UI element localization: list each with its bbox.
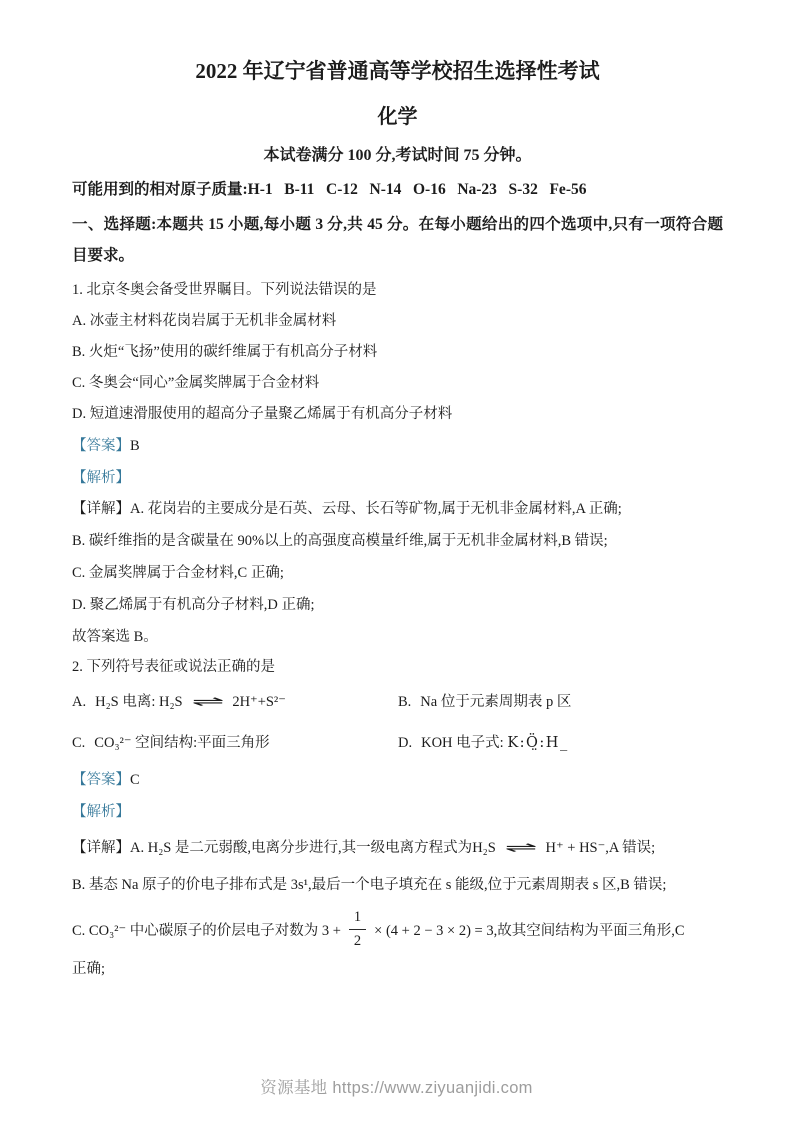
q2-answer-value: C bbox=[130, 772, 140, 788]
equilibrium-arrow: ⇌ bbox=[504, 836, 537, 860]
q1-option-d: D. 短道速滑服使用的超高分子量聚乙烯属于有机高分子材料 bbox=[72, 404, 723, 424]
q2-option-a-lhs: H₂S bbox=[159, 694, 183, 710]
fraction-numerator: 1 bbox=[349, 908, 366, 930]
detail-label: 【详解】 bbox=[72, 501, 130, 517]
q2-detail-a-lhs: H₂S bbox=[472, 840, 496, 856]
section-instruction: 一、选择题:本题共 15 小题,每小题 3 分,共 45 分。在每小题给出的四个… bbox=[72, 209, 723, 271]
answer-label: 【答案】 bbox=[72, 438, 130, 454]
analysis-label: 【解析】 bbox=[72, 804, 130, 820]
q2-detail-a-rhs: H⁺ + HS⁻ bbox=[546, 840, 606, 856]
q2-detail-a: 【详解】A. H₂S 是二元弱酸,电离分步进行,其一级电离方程式为H₂S⇌H⁺ … bbox=[72, 836, 723, 860]
exam-page: 2022 年辽宁省普通高等学校招生选择性考试 化学 本试卷满分 100 分,考试… bbox=[0, 0, 793, 979]
q2-option-c-label: C. bbox=[72, 735, 85, 751]
q1-option-c: C. 冬奥会“同心”金属奖牌属于合金材料 bbox=[72, 373, 723, 393]
q1-answer-row: 【答案】B bbox=[72, 436, 723, 456]
q2-option-c: C.CO₃²⁻ 空间结构:平面三角形 bbox=[72, 730, 398, 756]
atomic-masses-line: 可能用到的相对原子质量:H-1 B-11 C-12 N-14 O-16 Na-2… bbox=[72, 179, 723, 200]
q1-detail-a-text: A. 花岗岩的主要成分是石英、云母、长石等矿物,属于无机非金属材料,A 正确; bbox=[130, 501, 622, 517]
page-title: 2022 年辽宁省普通高等学校招生选择性考试 bbox=[72, 58, 723, 85]
q2-option-d-pre: KOH 电子式: bbox=[421, 735, 504, 751]
q2-option-a-label: A. bbox=[72, 694, 86, 710]
q2-option-b-text: Na 位于元素周期表 p 区 bbox=[420, 694, 571, 710]
analysis-label: 【解析】 bbox=[72, 470, 130, 486]
koh-electron-formula: K:Ö̤:H_ bbox=[507, 735, 568, 751]
q2-detail-c-post: × (4 + 2 − 3 × 2) = 3,故其空间结构为平面三角形,C bbox=[374, 919, 684, 940]
exam-info: 本试卷满分 100 分,考试时间 75 分钟。 bbox=[72, 145, 723, 166]
q2-stem: 2. 下列符号表征或说法正确的是 bbox=[72, 657, 723, 677]
q2-detail-c-continuation: 正确; bbox=[72, 959, 723, 979]
q1-answer-value: B bbox=[130, 438, 140, 454]
q2-analysis-row: 【解析】 bbox=[72, 802, 723, 822]
equilibrium-arrow: ⇌ bbox=[191, 689, 224, 715]
q1-option-b: B. 火炬“飞扬”使用的碳纤维属于有机高分子材料 bbox=[72, 342, 723, 362]
footer-watermark: 资源基地 https://www.ziyuanjidi.com bbox=[0, 1074, 793, 1098]
q2-option-a-pre: H₂S 电离: bbox=[95, 694, 155, 710]
q2-option-b: B.Na 位于元素周期表 p 区 bbox=[398, 689, 723, 715]
fraction-denominator: 2 bbox=[354, 930, 361, 951]
q2-detail-b: B. 基态 Na 原子的价电子排布式是 3s¹,最后一个电子填充在 s 能级,位… bbox=[72, 874, 723, 896]
subject-title: 化学 bbox=[72, 104, 723, 130]
q2-options-row-2: C.CO₃²⁻ 空间结构:平面三角形 D.KOH 电子式: K:Ö̤:H_ bbox=[72, 730, 723, 756]
q2-option-b-label: B. bbox=[398, 694, 411, 710]
fraction-one-half: 12 bbox=[349, 908, 366, 951]
detail-label: 【详解】 bbox=[72, 840, 130, 856]
q2-options-row-1: A.H₂S 电离: H₂S⇌2H⁺+S²⁻ B.Na 位于元素周期表 p 区 bbox=[72, 689, 723, 715]
q1-conclusion: 故答案选 B。 bbox=[72, 627, 723, 648]
q1-detail-a: 【详解】A. 花岗岩的主要成分是石英、云母、长石等矿物,属于无机非金属材料,A … bbox=[72, 499, 723, 520]
q2-option-d: D.KOH 电子式: K:Ö̤:H_ bbox=[398, 730, 723, 756]
q1-detail-b: B. 碳纤维指的是含碳量在 90%以上的高强度高模量纤维,属于无机非金属材料,B… bbox=[72, 531, 723, 552]
q2-detail-a-post: ,A 错误; bbox=[605, 840, 655, 856]
q2-detail-a-pre: A. H₂S 是二元弱酸,电离分步进行,其一级电离方程式为 bbox=[130, 840, 472, 856]
answer-label: 【答案】 bbox=[72, 772, 130, 788]
q1-option-a: A. 冰壶主材料花岗岩属于无机非金属材料 bbox=[72, 311, 723, 331]
q2-option-a: A.H₂S 电离: H₂S⇌2H⁺+S²⁻ bbox=[72, 689, 398, 715]
q2-detail-c-pre: C. CO₃²⁻ 中心碳原子的价层电子对数为 3 + bbox=[72, 919, 341, 940]
q1-stem: 1. 北京冬奥会备受世界瞩目。下列说法错误的是 bbox=[72, 280, 723, 300]
q2-option-a-rhs: 2H⁺+S²⁻ bbox=[232, 694, 286, 710]
q2-answer-row: 【答案】C bbox=[72, 770, 723, 790]
q1-analysis-row: 【解析】 bbox=[72, 468, 723, 488]
exam-document: { "colors": { "accent_teal": "#35789a", … bbox=[0, 0, 793, 1122]
q2-detail-c: C. CO₃²⁻ 中心碳原子的价层电子对数为 3 + 12 × (4 + 2 −… bbox=[72, 908, 723, 951]
q1-detail-d: D. 聚乙烯属于有机高分子材料,D 正确; bbox=[72, 595, 723, 616]
q2-option-c-text: CO₃²⁻ 空间结构:平面三角形 bbox=[94, 735, 269, 751]
q1-detail-c: C. 金属奖牌属于合金材料,C 正确; bbox=[72, 563, 723, 584]
q2-option-d-label: D. bbox=[398, 735, 412, 751]
